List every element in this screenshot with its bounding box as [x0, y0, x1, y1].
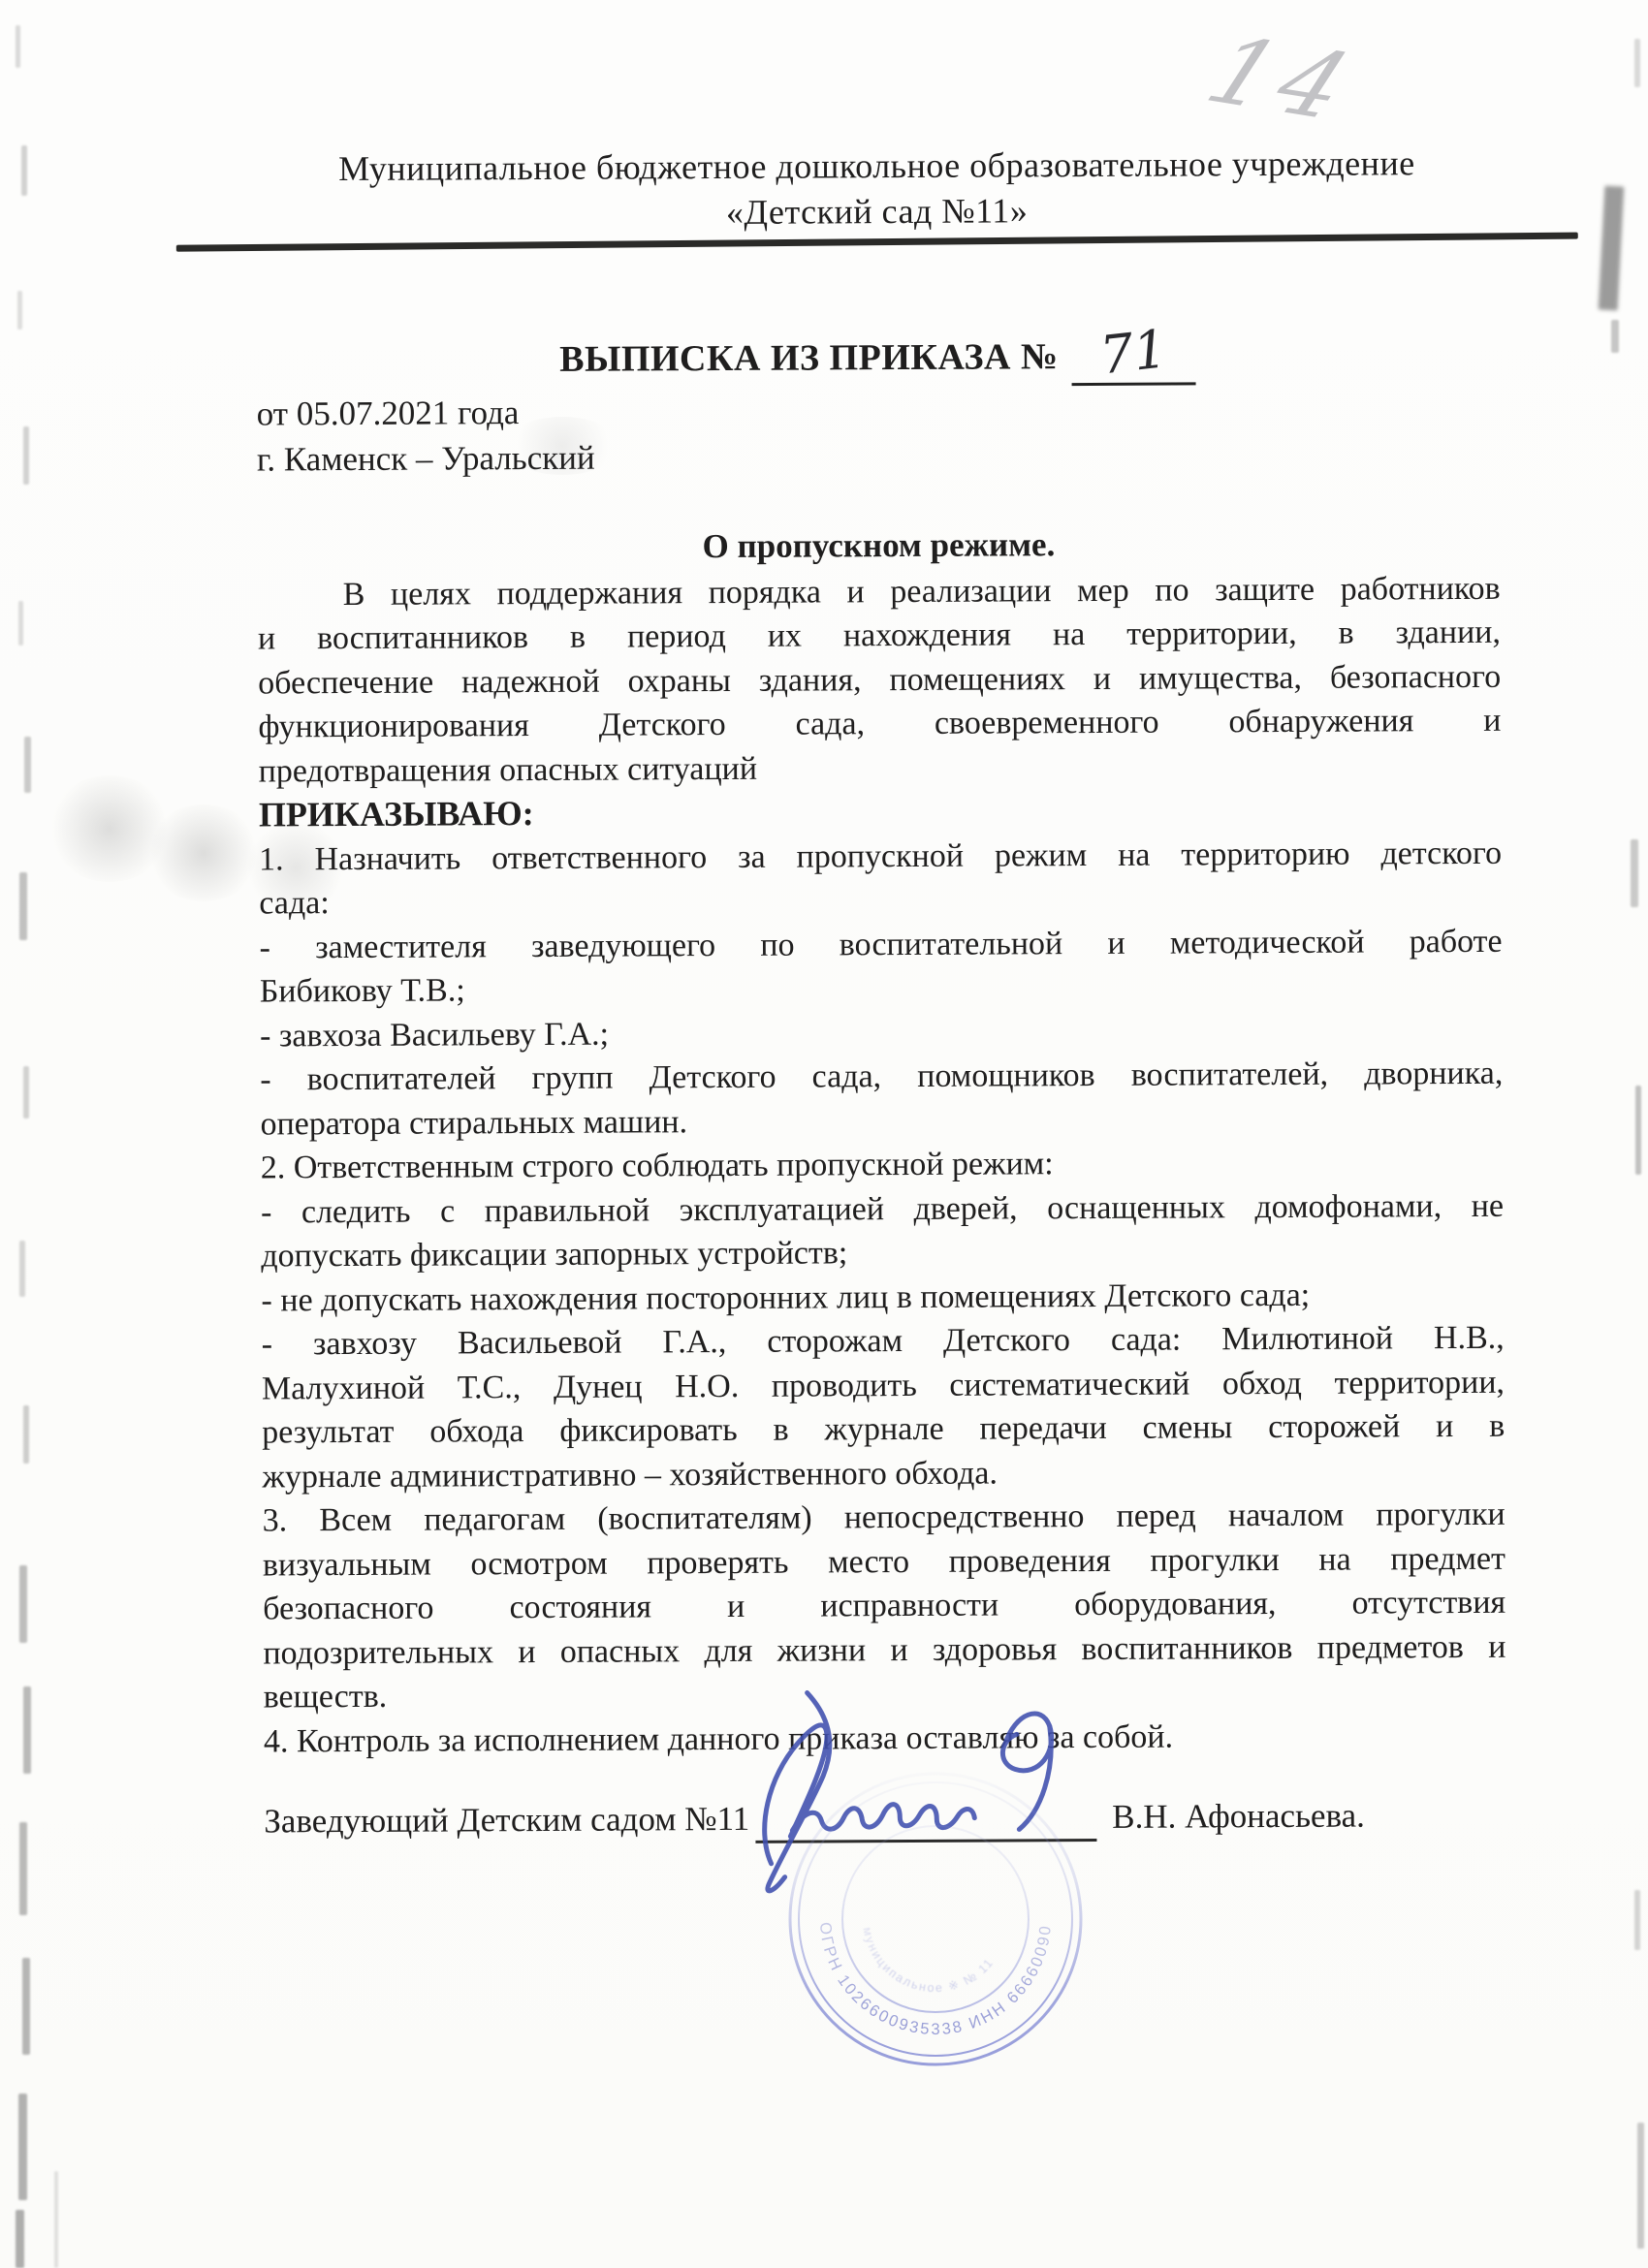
order-item-2c: - завхозу Васильевой Г.А., сторожам Детс… — [262, 1316, 1505, 1499]
signatory-role: Заведующий Детским садом №11 — [264, 1800, 749, 1841]
order-item-1a: - заместителя заведующего по воспитатель… — [259, 919, 1502, 1014]
order-item-2b: - не допускать нахождения посторонних ли… — [261, 1272, 1504, 1322]
scan-smudge — [1611, 320, 1619, 353]
stamp-outer-text: ОГРН 1026600935338 ИНН 6666009092 — [772, 1878, 1055, 2038]
scan-speckle — [504, 417, 620, 475]
doc-title: ВЫПИСКА ИЗ ПРИКАЗА № — [559, 336, 1059, 380]
org-name-line1: Муниципальное бюджетное дошкольное образ… — [255, 141, 1498, 193]
scan-smudge — [23, 426, 29, 485]
order-item-1: 1. Назначить ответственного за пропускно… — [259, 831, 1502, 926]
scan-smudge — [1631, 839, 1638, 907]
item-line: оператора стиральных машин. — [260, 1095, 1503, 1146]
item-line: сада: — [259, 875, 1502, 926]
document-page: Муниципальное бюджетное дошкольное образ… — [0, 0, 1648, 2268]
scan-smudge — [1634, 39, 1640, 87]
item-line: Бибикову Т.В.; — [260, 963, 1503, 1014]
order-number-field: 71 — [1071, 330, 1195, 386]
scan-smudge — [16, 2210, 24, 2268]
org-name-line2: «Детский сад №11» — [256, 186, 1499, 238]
signatory-name: В.Н. Афонасьева. — [1112, 1797, 1365, 1836]
scan-smudge — [22, 1958, 30, 2055]
item-line: - завхозу Васильевой Г.А., сторожам Детс… — [262, 1316, 1505, 1367]
scan-smudge — [24, 737, 31, 793]
scan-smudge — [54, 2171, 58, 2268]
scan-smudge — [17, 291, 22, 330]
signature-ink — [714, 1682, 1142, 1905]
scan-smudge — [1635, 1086, 1641, 1175]
title-row: ВЫПИСКА ИЗ ПРИКАЗА №71 — [256, 329, 1499, 391]
document-body: О пропускном режиме. В целях поддержания… — [257, 520, 1506, 1764]
item-line: - следить с правильной эксплуатацией две… — [261, 1183, 1504, 1234]
item-line: - завхоза Васильеву Г.А.; — [260, 1007, 1503, 1057]
order-item-1c: - воспитателей групп Детского сада, помо… — [260, 1052, 1503, 1147]
scan-smudge — [19, 1241, 25, 1297]
item-line: 1. Назначить ответственного за пропускно… — [259, 831, 1502, 881]
scan-smudge — [19, 1565, 27, 1643]
round-stamp: ОГРН 1026600935338 ИНН 6666009092 муници… — [777, 1892, 1103, 2090]
item-line: допускать фиксации запорных устройств; — [261, 1228, 1504, 1278]
order-item-1b: - завхоза Васильеву Г.А.; — [260, 1007, 1503, 1057]
scan-smudge — [23, 1405, 29, 1464]
scan-smudge — [19, 1822, 27, 1915]
stamp-inner-text: муниципальное ※ № 11 — [860, 1926, 997, 1995]
item-line: Малухиной Т.С., Дунец Н.О. проводить сис… — [262, 1360, 1505, 1410]
subject-heading: О пропускном режиме. — [257, 520, 1500, 571]
preamble: В целях поддержания порядка и реализации… — [258, 566, 1502, 793]
item-line: безопасного состояния и исправности обор… — [263, 1581, 1505, 1631]
signature-row: Заведующий Детским садом №11 В.Н. Афонас… — [264, 1795, 1563, 1845]
scan-smudge — [19, 872, 27, 940]
order-word: ПРИКАЗЫВАЮ: — [259, 787, 1502, 837]
item-line: 3. Всем педагогам (воспитателям) непосре… — [263, 1493, 1505, 1543]
org-header: Муниципальное бюджетное дошкольное образ… — [255, 141, 1498, 238]
order-item-2: 2. Ответственным строго соблюдать пропус… — [261, 1140, 1504, 1190]
item-line: результат обхода фиксировать в журнале п… — [262, 1404, 1505, 1455]
scan-speckle — [242, 824, 349, 911]
svg-text:ОГРН 1026600935338 ИНН 66: ОГРН 1026600935338 ИНН 6666009092 — [772, 1878, 1055, 2038]
item-line: визуальным осмотром проверять место пров… — [263, 1536, 1505, 1587]
scan-smudge — [23, 1066, 29, 1118]
preamble-line: предотвращения опасных ситуаций — [259, 742, 1502, 793]
order-item-2a: - следить с правильной эксплуатацией две… — [261, 1183, 1504, 1278]
scan-smudge — [18, 2094, 27, 2200]
item-line: - не допускать нахождения посторонних ли… — [261, 1272, 1504, 1322]
item-line: 2. Ответственным строго соблюдать пропус… — [261, 1140, 1504, 1190]
item-line: - воспитателей групп Детского сада, помо… — [260, 1052, 1503, 1102]
preamble-line: В целях поддержания порядка и реализации… — [258, 566, 1501, 616]
svg-text:муниципальное ※ № 11: муниципальное ※ № 11 — [860, 1926, 997, 1995]
order-number-handwritten: 71 — [1097, 323, 1169, 382]
item-line: журнале административно – хозяйственного… — [262, 1448, 1505, 1498]
preamble-line: обеспечение надежной охраны здания, поме… — [258, 654, 1501, 705]
scan-smudge — [21, 145, 27, 196]
preamble-line: функционирования Детского сада, своеврем… — [258, 699, 1501, 749]
item-line: - заместителя заведующего по воспитатель… — [259, 919, 1502, 969]
scan-smudge — [1634, 1890, 1640, 1950]
scan-smudge — [23, 1686, 31, 1774]
scan-smudge — [1637, 2123, 1644, 2249]
scan-smudge — [18, 601, 23, 646]
scan-smudge — [16, 25, 20, 68]
item-line: подозрительных и опасных для жизни и здо… — [263, 1624, 1505, 1675]
preamble-line: и воспитанников в период их нахождения н… — [258, 611, 1501, 661]
